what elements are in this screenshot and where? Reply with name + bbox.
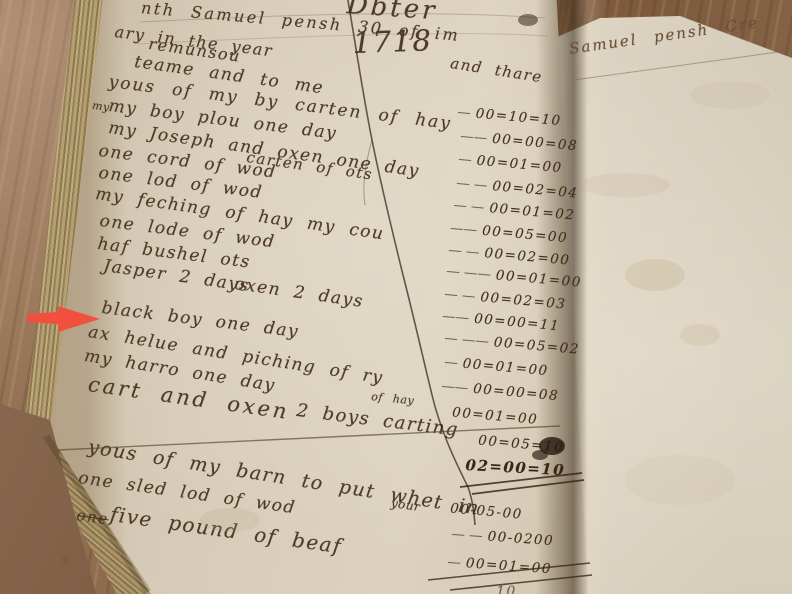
- ledger-amount: —00=10=10: [457, 104, 563, 129]
- ledger-amount: — —00=02=04: [456, 175, 579, 202]
- ledger-amount: ——00=05=00: [450, 220, 569, 246]
- partial-bottom-figure: 10: [496, 584, 517, 594]
- amount-value: 00=01=00: [452, 404, 539, 427]
- right-page-heading: Samuel pensh Cre: [568, 13, 760, 57]
- amount-value: 00=01=00: [476, 153, 563, 176]
- interlinear-note: your: [390, 496, 421, 514]
- leader-dashes: ——: [460, 128, 488, 146]
- leader-dashes: — —: [451, 526, 483, 544]
- leader-dashes: [445, 500, 446, 516]
- interlinear-note: of hay: [371, 390, 415, 407]
- ledger-amount: 00=01=00: [447, 404, 539, 428]
- amount-value: 00=10=10: [475, 106, 562, 129]
- leader-dashes: ——: [450, 220, 478, 238]
- handwriting-layer: Dbter nth Samuel pensh 30 of im ary in t…: [0, 0, 792, 594]
- leader-dashes: —: [457, 104, 472, 121]
- amount-value: 00=05=10: [478, 432, 565, 455]
- ledger-amount: — —00=01=02: [453, 197, 576, 224]
- leader-dashes: — —: [444, 286, 477, 305]
- amount-value: 00=02=00: [484, 245, 571, 268]
- ledger-amount: 00=05=10: [473, 432, 565, 456]
- leader-dashes: — —: [453, 197, 486, 216]
- amount-value: 00-05-00: [450, 500, 524, 522]
- amount-value: 00=05=00: [481, 223, 568, 246]
- ledger-amount: —00=01=00: [447, 554, 553, 577]
- amount-value: 00=01=00: [462, 356, 549, 379]
- leader-dashes: — —: [448, 242, 481, 261]
- ledger-amount: 00-05-00: [445, 500, 524, 523]
- amount-value: 00=01=00: [495, 267, 582, 290]
- ledger-amount: — —00-0200: [451, 526, 555, 549]
- ledger-amount: — ——00=05=02: [444, 330, 581, 358]
- ledger-amount: — —00=02=03: [444, 286, 567, 313]
- leader-dashes: — —: [456, 175, 489, 194]
- ledger-line: 2 boys carting: [295, 400, 460, 441]
- leader-dashes: —: [458, 151, 473, 168]
- leader-dashes: —: [444, 354, 459, 371]
- ledger-amount: —00=01=00: [444, 354, 550, 379]
- amount-value: 00=02=03: [480, 289, 567, 312]
- amount-value: 00=00=08: [472, 381, 559, 404]
- year-1718: 1718: [352, 23, 433, 60]
- amount-value: 00=00=11: [473, 311, 560, 334]
- leader-dashes: ——: [442, 308, 470, 326]
- leader-dashes: [473, 432, 474, 448]
- leader-dashes: — ——: [444, 330, 490, 350]
- amount-value: 00-0200: [487, 529, 555, 550]
- leader-dashes: —: [447, 554, 462, 571]
- header-line-2-end: and thare: [449, 54, 544, 86]
- amount-value: 00=05=02: [493, 334, 580, 357]
- ledger-line: oxen 2 days: [233, 274, 365, 312]
- ledger-amount: ——00=00=08: [441, 378, 560, 404]
- ledger-amount: —00=01=00: [458, 151, 564, 176]
- leader-dashes: ——: [441, 378, 469, 396]
- ledger-amount: ——00=00=08: [460, 128, 579, 154]
- section-total: 02=00=10: [465, 456, 566, 479]
- leader-dashes: — ——: [446, 263, 492, 283]
- struck-word: one: [75, 506, 109, 528]
- amount-value: 00=00=08: [491, 131, 578, 154]
- ledger-photo: Dbter nth Samuel pensh 30 of im ary in t…: [0, 0, 792, 594]
- amount-value: 00=02=04: [492, 178, 579, 201]
- amount-value: 00=01=02: [489, 200, 576, 223]
- amount-value: 00=01=00: [465, 555, 552, 577]
- ledger-line: five pound of beaf: [109, 502, 344, 558]
